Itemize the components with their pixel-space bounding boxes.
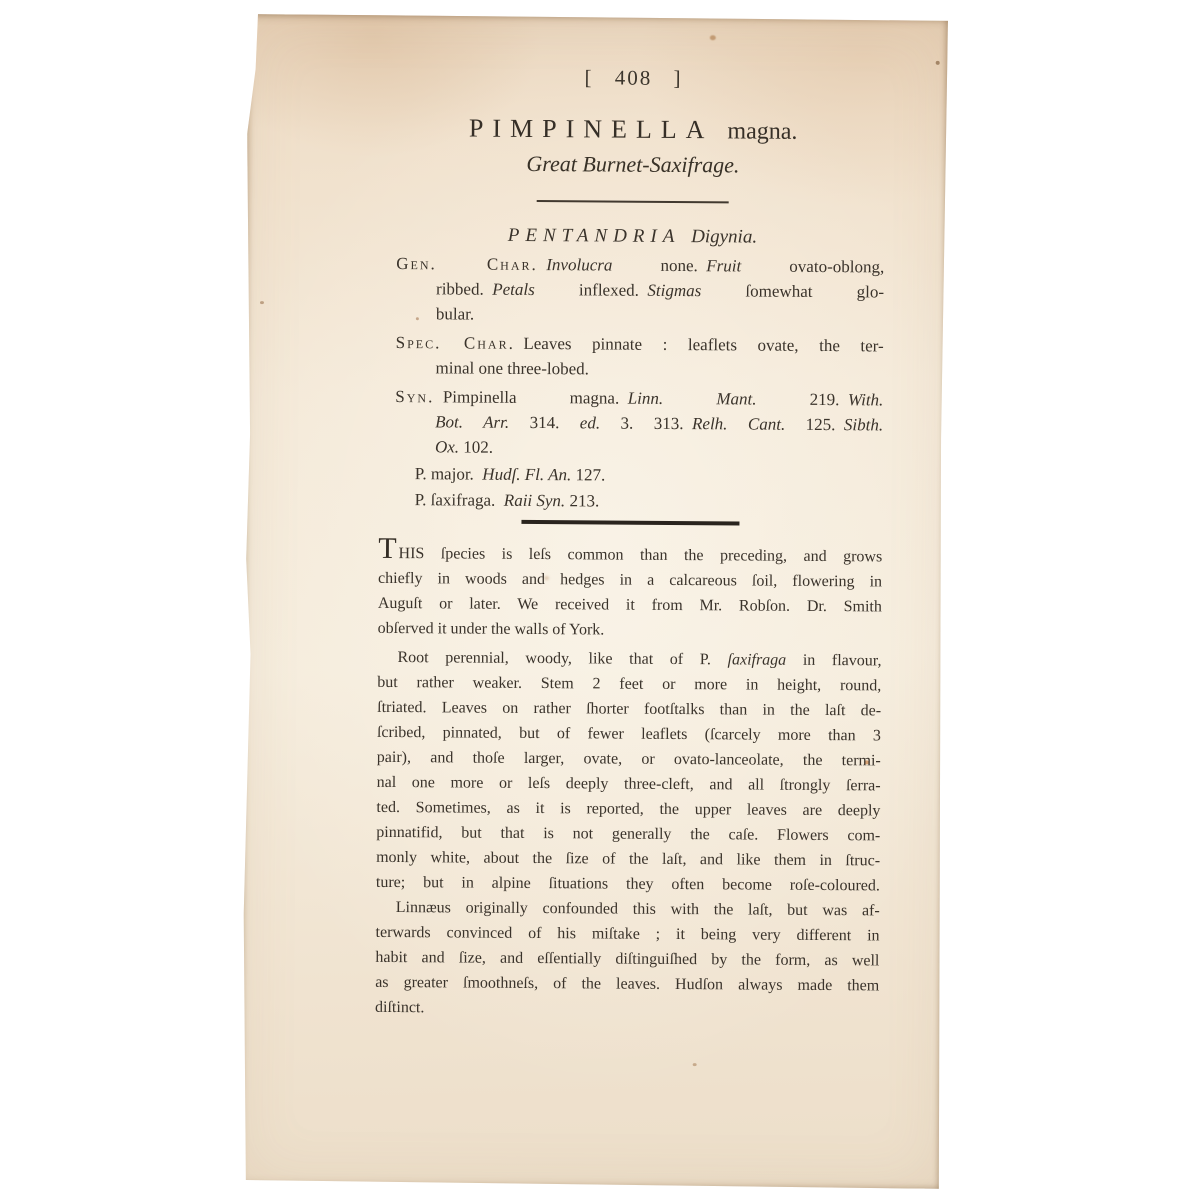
text-segment: ed.	[580, 413, 600, 432]
text-segment: P. major.	[415, 464, 483, 483]
foxing-spot	[936, 61, 940, 65]
text-segment: Sibth.	[844, 415, 883, 434]
section-rule	[521, 520, 739, 526]
drop-initial: T	[378, 532, 399, 565]
body-paragraph-1: THIS ſpecies is leſs common than the pre…	[378, 541, 883, 645]
text-line: Auguſt or later. We received it from Mr.…	[378, 591, 882, 620]
text-segment: ſomewhat glo-	[701, 281, 884, 301]
body-paragraph-3: Linnæus originally confounded this with …	[375, 895, 880, 1024]
text-segment: Involucra	[546, 255, 612, 274]
text-segment: in flavour,	[786, 652, 881, 670]
text-segment: as greater ſmoothneſs, of the leaves. Hu…	[375, 974, 879, 995]
text-segment: ſcribed, pinnated, but of fewer leaflets…	[377, 724, 881, 745]
text-line: P. major. Hudſ. Fl. An. 127.	[379, 461, 883, 491]
text-segment: Ox.	[435, 437, 459, 456]
text-segment: chiefly in woods and hedges in a calcare…	[378, 570, 882, 591]
scan-background: [ 408 ] PIMPINELLA magna. Great Burnet-S…	[0, 0, 1200, 1200]
text-segment: Relh. Cant.	[692, 414, 785, 434]
text-segment: 213.	[565, 491, 599, 510]
text-line: monly white, about the ſize of the laſt,…	[376, 845, 880, 874]
text-segment	[538, 255, 547, 274]
taxonomy-line: PENTANDRIA Digynia.	[380, 223, 884, 251]
gen-char-block: Gen. Char. Involucra none. Fruit ovato-o…	[396, 251, 885, 329]
text-line: Syn. Pimpinella magna. Linn. Mant. 219. …	[395, 384, 883, 412]
text-line: habit and ſize, and eſſentially diſtingu…	[375, 945, 879, 974]
text-segment: Bot. Arr.	[435, 412, 509, 432]
text-line: THIS ſpecies is leſs common than the pre…	[378, 541, 882, 570]
text-segment: Leaves pinnate : leaflets ovate, the ter…	[515, 334, 884, 356]
text-line: ſtriated. Leaves on rather ſhorter footſ…	[377, 695, 881, 724]
text-line: chiefly in woods and hedges in a calcare…	[378, 566, 882, 595]
text-segment: 219.	[756, 390, 848, 410]
species-epithet: magna.	[727, 118, 797, 144]
genus-name: PIMPINELLA	[469, 114, 714, 145]
text-segment: ribbed.	[436, 279, 492, 298]
text-segment: obſerved it under the walls of York.	[378, 620, 605, 639]
text-segment: bular.	[436, 304, 474, 323]
text-segment: Auguſt or later. We received it from Mr.…	[378, 595, 882, 616]
text-line: Ox. 102.	[395, 434, 883, 462]
text-line: ture; but in alpine ſituations they ofte…	[376, 870, 880, 899]
syn-block: Syn. Pimpinella magna. Linn. Mant. 219. …	[395, 384, 884, 462]
text-segment: but rather weaker. Stem 2 feet or more i…	[377, 674, 881, 695]
text-segment: Root perennial, woody, like that of P.	[397, 649, 727, 668]
text-segment: Pimpinella magna.	[434, 387, 628, 407]
text-segment: none.	[612, 256, 706, 276]
text-line: Root perennial, woody, like that of P. ſ…	[377, 645, 881, 674]
text-segment: ture; but in alpine ſituations they ofte…	[376, 874, 880, 895]
common-name: Great Burnet-Saxifrage.	[381, 149, 885, 181]
text-line: pair), and thoſe larger, ovate, or ovato…	[377, 745, 881, 774]
text-line: Bot. Arr. 314. ed. 3. 313. Relh. Cant. 1…	[395, 409, 883, 437]
text-segment: monly white, about the ſize of the laſt,…	[376, 849, 880, 870]
page-content: [ 408 ] PIMPINELLA magna. Great Burnet-S…	[375, 15, 886, 1023]
text-line: Linnæus originally confounded this with …	[376, 895, 880, 924]
text-segment: Petals	[492, 280, 535, 299]
text-segment: ſtriated. Leaves on rather ſhorter footſ…	[377, 699, 881, 720]
text-segment: pinnatifid, but that is not generally th…	[376, 824, 880, 845]
text-segment: 127.	[571, 465, 605, 484]
text-line: minal one three-lobed.	[395, 355, 883, 383]
class-name: PENTANDRIA	[508, 225, 681, 247]
text-segment: diſtinct.	[375, 999, 424, 1016]
text-segment: inflexed.	[535, 280, 648, 300]
text-segment: Raii Syn.	[504, 491, 566, 510]
text-segment: Linnæus originally confounded this with …	[396, 899, 880, 919]
other-synonyms-block: P. major. Hudſ. Fl. An. 127.P. ſaxifraga…	[379, 461, 883, 517]
text-segment: Linn. Mant.	[628, 389, 757, 409]
book-page: [ 408 ] PIMPINELLA magna. Great Burnet-S…	[240, 14, 948, 1189]
text-segment: ſaxifraga	[727, 651, 786, 668]
text-line: bular.	[396, 301, 884, 329]
text-segment: Spec. Char.	[396, 333, 515, 353]
text-line: as greater ſmoothneſs, of the leaves. Hu…	[375, 970, 879, 999]
title-rule	[537, 200, 729, 203]
order-name: Digynia.	[691, 226, 757, 247]
text-segment: ovato-oblong,	[741, 256, 884, 276]
text-segment: ted. Sometimes, as it is reported, the u…	[376, 799, 880, 820]
text-line: ribbed. Petals inflexed. Stigmas ſomewha…	[396, 276, 884, 304]
text-segment: Hudſ. Fl. An.	[482, 465, 571, 485]
text-line: terwards convinced of his miſtake ; it b…	[376, 920, 880, 949]
text-segment: Stigmas	[647, 281, 701, 300]
text-line: Spec. Char. Leaves pinnate : leaflets ov…	[396, 330, 884, 358]
folio-number: [ 408 ]	[381, 63, 885, 93]
foxing-spot	[260, 301, 264, 304]
text-segment: Syn.	[395, 387, 434, 406]
text-line: pinnatifid, but that is not generally th…	[376, 820, 880, 849]
text-line: but rather weaker. Stem 2 feet or more i…	[377, 670, 881, 699]
text-segment: habit and ſize, and eſſentially diſtingu…	[375, 949, 879, 970]
foxing-spot	[693, 1063, 697, 1066]
text-line: P. ſaxifraga. Raii Syn. 213.	[379, 487, 883, 517]
spec-char-block: Spec. Char. Leaves pinnate : leaflets ov…	[395, 330, 883, 383]
species-title: PIMPINELLA magna.	[381, 109, 885, 149]
text-line: ted. Sometimes, as it is reported, the u…	[376, 795, 880, 824]
text-segment: 102.	[459, 437, 493, 456]
text-segment: 3. 313.	[600, 413, 692, 433]
body-paragraph-2: Root perennial, woody, like that of P. ſ…	[376, 645, 882, 899]
text-segment: Gen. Char.	[396, 254, 538, 274]
text-segment: With.	[848, 390, 884, 409]
text-line: nal one more or leſs deeply three-cleft,…	[377, 770, 881, 799]
text-segment: 314.	[509, 413, 580, 432]
text-segment: Fruit	[706, 256, 741, 275]
text-segment: nal one more or leſs deeply three-cleft,…	[377, 774, 881, 795]
text-segment: pair), and thoſe larger, ovate, or ovato…	[377, 749, 881, 770]
text-line: diſtinct.	[375, 995, 879, 1024]
text-segment: minal one three-lobed.	[435, 358, 589, 378]
text-line: Gen. Char. Involucra none. Fruit ovato-o…	[396, 251, 884, 279]
text-line: obſerved it under the walls of York.	[378, 616, 882, 645]
text-segment: 125.	[785, 415, 844, 434]
text-line: ſcribed, pinnated, but of fewer leaflets…	[377, 720, 881, 749]
text-segment: HIS ſpecies is leſs common than the prec…	[399, 545, 883, 565]
text-segment: terwards convinced of his miſtake ; it b…	[376, 924, 880, 945]
text-segment: P. ſaxifraga.	[415, 490, 504, 510]
